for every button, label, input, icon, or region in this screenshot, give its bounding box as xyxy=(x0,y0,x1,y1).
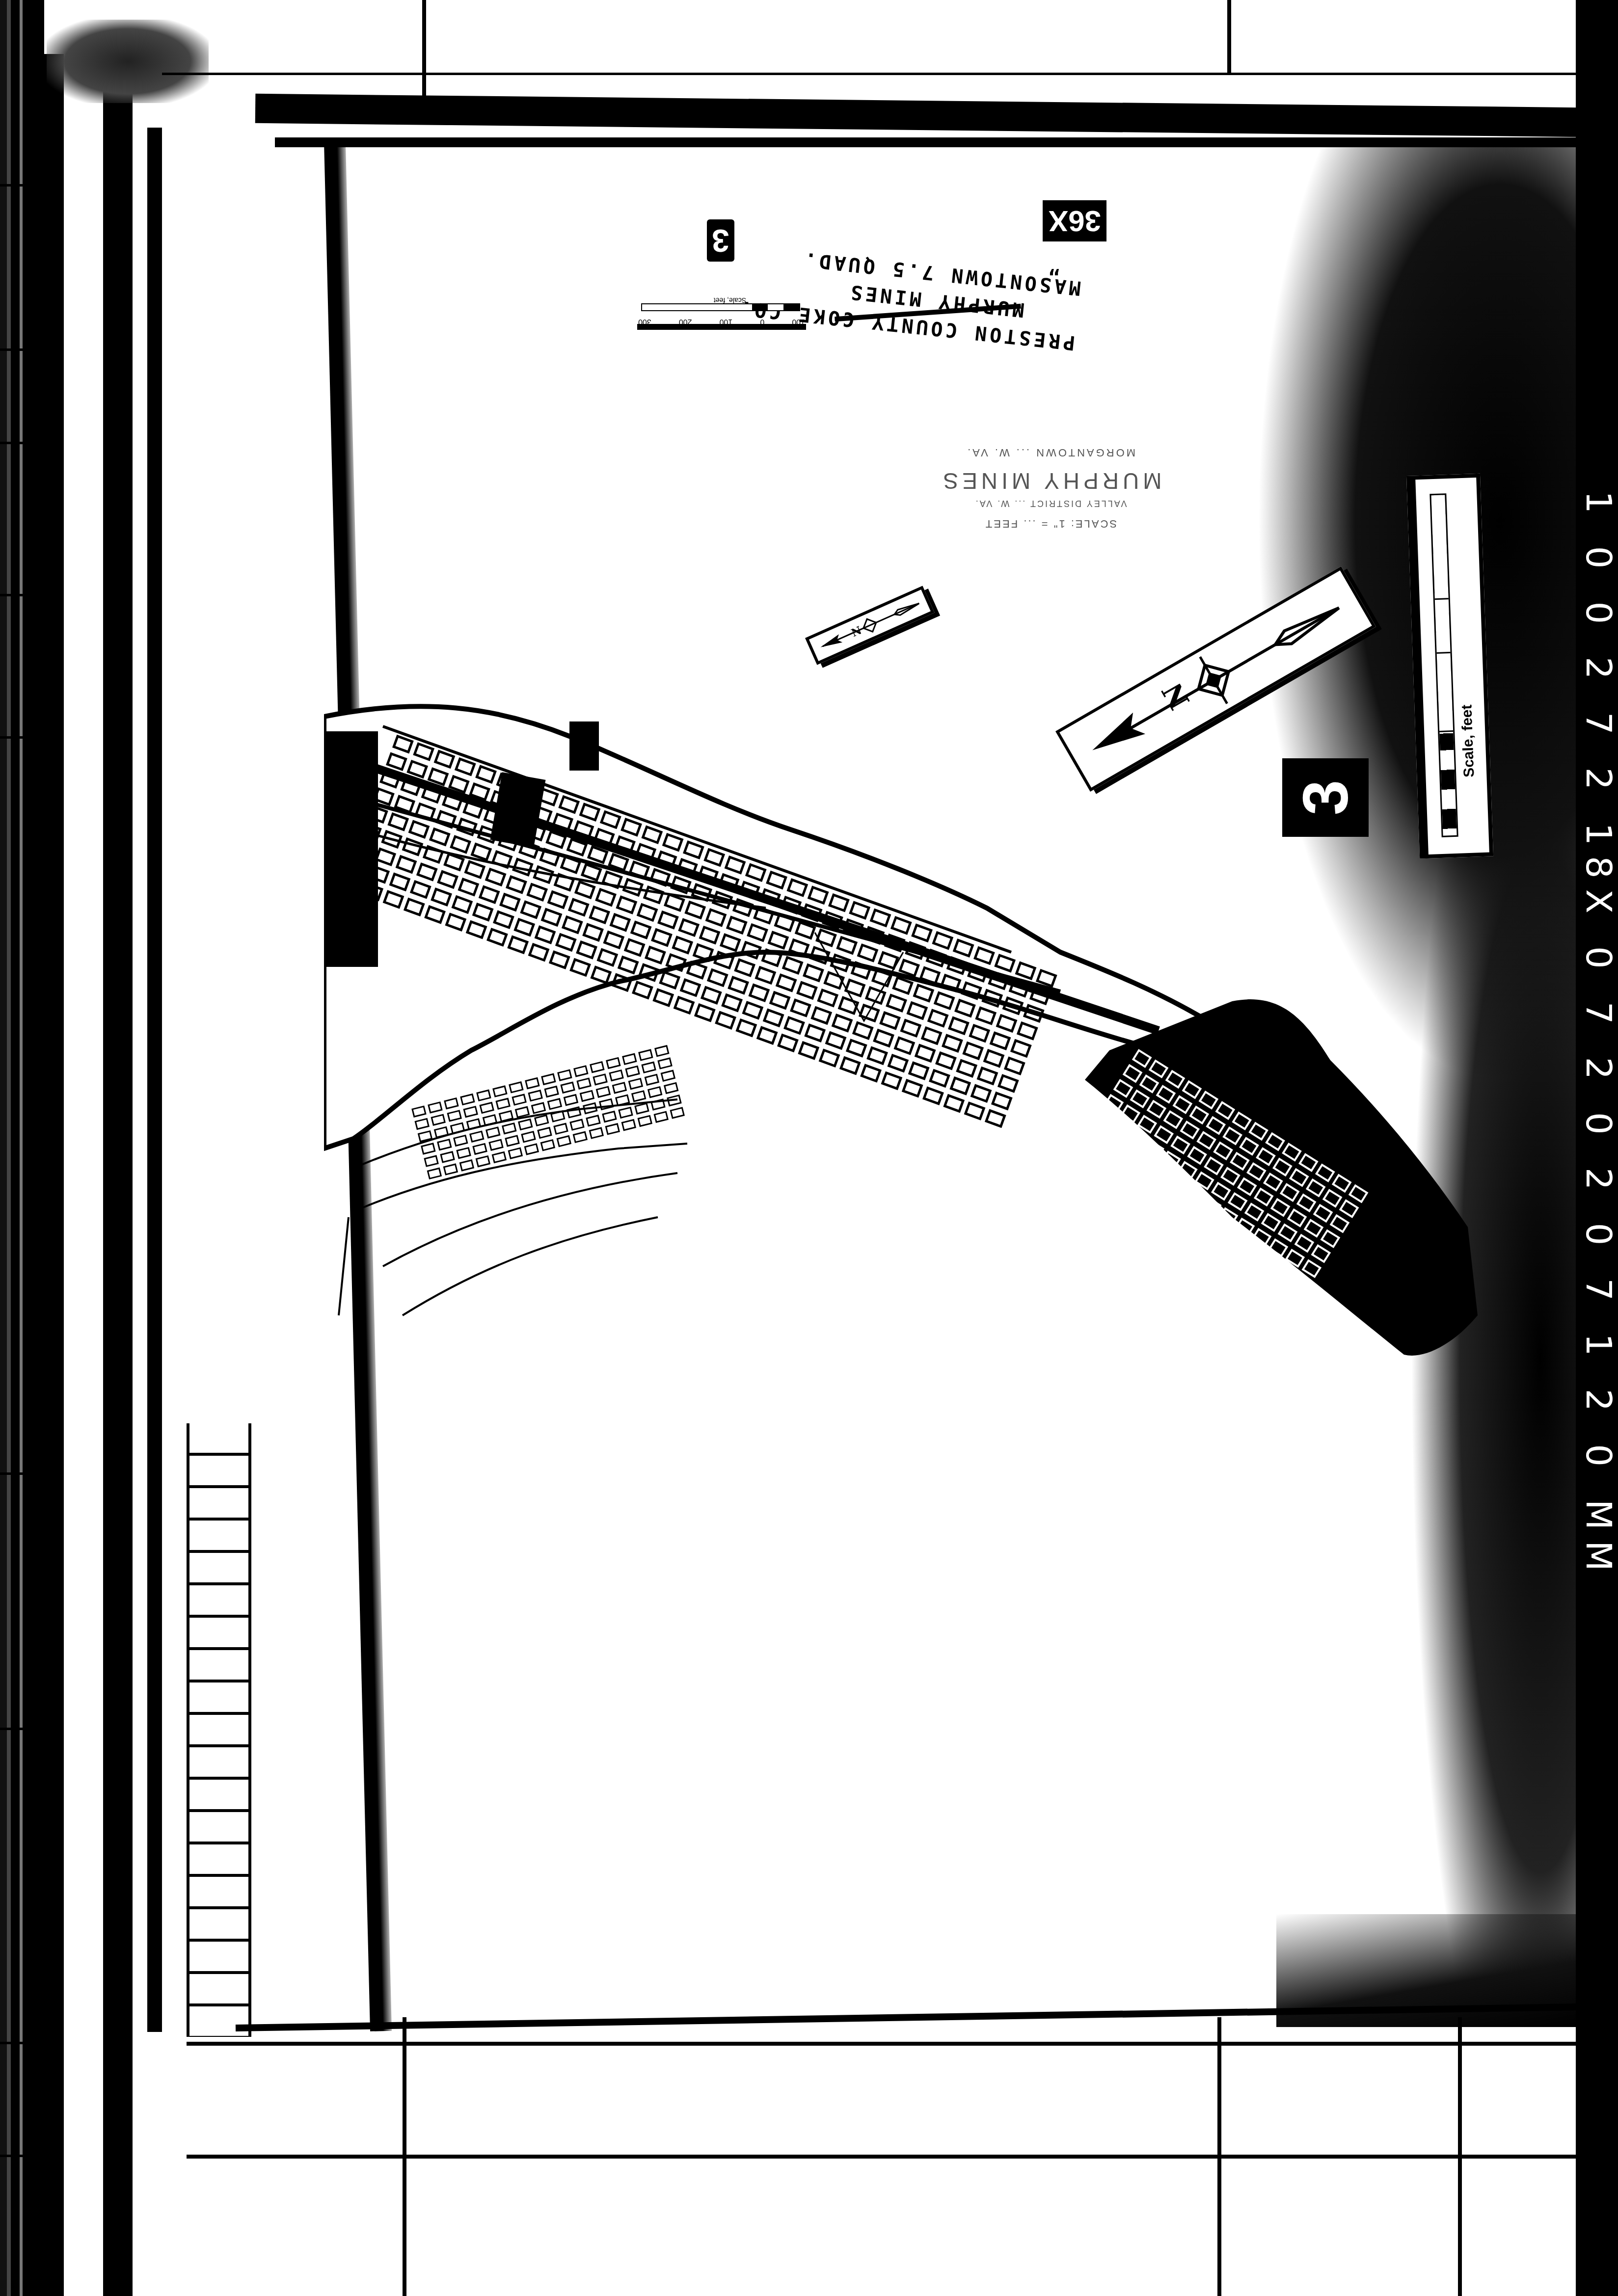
sheet-edge-top xyxy=(275,137,1581,147)
frame-marker-3: 3 xyxy=(1282,758,1369,837)
film-edge-bar xyxy=(147,128,162,2032)
film-blot xyxy=(47,20,209,103)
film-grid-line xyxy=(187,2042,1595,2046)
film-grid-line xyxy=(1227,0,1231,74)
scale-tick: 300 xyxy=(638,317,651,326)
film-edge-bar xyxy=(44,54,64,2296)
film-grid-ticks xyxy=(0,0,44,2296)
title-block-faded: SCALE: 1" = ... FEET VALLEY DISTRICT ...… xyxy=(884,402,1217,530)
film-grid-line xyxy=(403,2017,406,2296)
scale-tick: 100 xyxy=(792,317,805,326)
film-grid-line xyxy=(162,73,1600,75)
scale-tick: 0 xyxy=(760,317,764,326)
scale-bar-small: 100 0 100 200 300 Scale, feet xyxy=(638,298,805,326)
frame-marker-text: 3 xyxy=(712,222,729,259)
scale-tick: 100 xyxy=(720,317,733,326)
scale-tick: 200 xyxy=(679,317,692,326)
scale-caption: Scale, feet xyxy=(1458,704,1478,778)
film-grid-line xyxy=(187,2155,1595,2159)
title-scale-line: SCALE: 1" = ... FEET xyxy=(884,517,1217,530)
frame-marker-text: 3 xyxy=(1289,780,1362,815)
film-edge-bar xyxy=(103,54,133,2296)
frame-marker-text: 36X xyxy=(1049,204,1101,238)
svg-text:N: N xyxy=(849,624,863,640)
frame-marker-3-small: 3 xyxy=(707,219,734,262)
film-frame-code: 1 0 0 2 7 2 18X 0 7 2 0 2 0 7 1 2 0 MM xyxy=(1580,491,1618,1865)
scale-caption-wrap: Scale, feet xyxy=(1453,625,1477,743)
scale-ticks: 100 0 100 200 300 xyxy=(638,317,805,326)
scale-caption: Scale, feet xyxy=(714,296,746,304)
film-grid-line xyxy=(1217,2017,1221,2296)
ditto-mark: ” xyxy=(1046,255,1060,278)
scale-bar-graphic xyxy=(641,303,800,311)
title-name: MURPHY MINES xyxy=(884,468,1217,494)
frame-marker-36x: 36X xyxy=(1043,200,1106,241)
film-grid-line xyxy=(1458,2017,1462,2296)
title-place-line: MORGANTOWN ... W. VA. xyxy=(884,446,1217,459)
film-grid-ladder xyxy=(187,1423,251,2037)
scale-bar-main: Scale, feet xyxy=(1406,474,1493,859)
title-location-line: VALLEY DISTRICT ... W. VA. xyxy=(884,498,1217,508)
